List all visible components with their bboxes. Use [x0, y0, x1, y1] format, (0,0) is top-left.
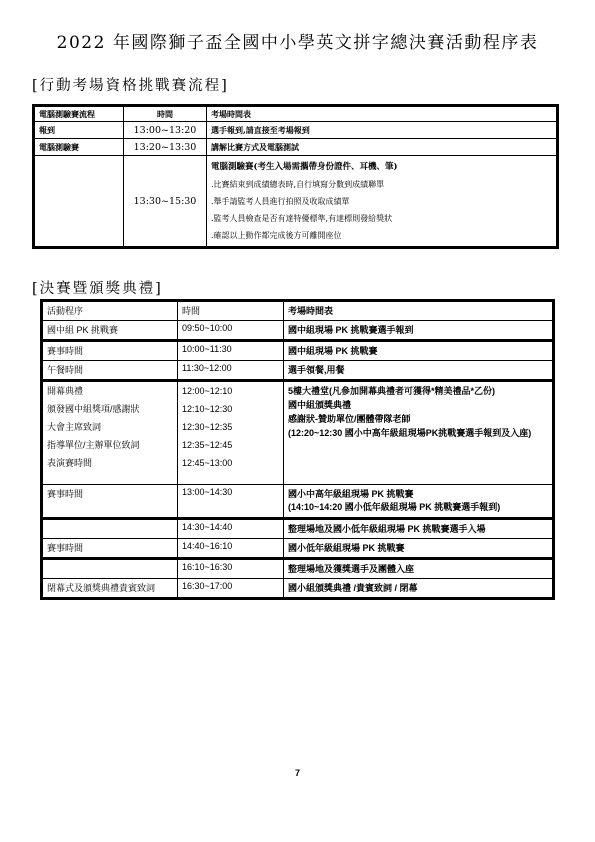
- schedule-line: (14:10~14:20 國小低年級組現場 PK 挑戰賽選手報到): [288, 500, 548, 513]
- time-cell: 11:30~12:00: [178, 361, 284, 381]
- table-header-row: 活動程序 時間 考場時間表: [42, 301, 554, 321]
- table-row: 電腦測驗賽 13:20~13:30 講解比賽方式及電腦測試: [34, 139, 558, 156]
- schedule-line: 5樓大禮堂(凡參加開幕典禮者可獲得*精美禮品*乙份): [288, 384, 548, 398]
- time-line: 12:10~12:30: [182, 402, 279, 420]
- table-row: 14:30~14:40 整理場地及國小低年級組現場 PK 挑戰賽選手入場: [42, 519, 554, 539]
- table-row: 報到 13:00~13:20 選手報到,請直接至考場報到: [34, 122, 558, 139]
- schedule-cell: 整理場地及獲獎選手及團體入座: [284, 559, 554, 579]
- time-cell: 14:40~16:10: [178, 539, 284, 559]
- schedule-cell: 國小低年級組現場 PK 挑戰賽: [284, 539, 554, 559]
- qualifier-schedule-table: 電腦測驗賽流程 時間 考場時間表 報到 13:00~13:20 選手報到,請直接…: [32, 104, 559, 249]
- table-row: 閉幕式及頒獎典禮貴賓致詞 16:30~17:00 國小組頒獎典禮 /貴賓致詞 /…: [42, 579, 554, 599]
- document-title: 2022 年國際獅子盃全國中小學英文拼字總決賽活動程序表: [0, 28, 595, 53]
- table-row: 13:30~15:30 電腦測驗賽(考生入場需攜帶身份證件、耳機、筆) .比賽結…: [34, 156, 558, 248]
- program-cell: 賽事時間: [42, 341, 178, 361]
- schedule-cell: 國中組現場 PK 挑戰賽選手報到: [284, 321, 554, 341]
- schedule-cell: 國小中高年級組現場 PK 挑戰賽 (14:10~14:20 國小低年級組現場 P…: [284, 485, 554, 519]
- schedule-line: .確認以上動作都完成後方可離開座位: [211, 227, 552, 244]
- program-line: 指導單位/主辦單位致詞: [47, 438, 173, 456]
- program-cell: 國中組 PK 挑戰賽: [42, 321, 178, 341]
- program-cell: 閉幕式及頒獎典禮貴賓致詞: [42, 579, 178, 599]
- column-header: 電腦測驗賽流程: [34, 106, 124, 122]
- program-line: 大會主席致詞: [47, 420, 173, 438]
- time-cell: 09:50~10:00: [178, 321, 284, 341]
- program-cell: 賽事時間: [42, 539, 178, 559]
- time-line: 12:30~12:35: [182, 420, 279, 438]
- column-header: 時間: [178, 301, 284, 321]
- table-row: 賽事時間 10:00~11:30 國中組現場 PK 挑戰賽: [42, 341, 554, 361]
- schedule-line: 國中組頒獎典禮: [288, 398, 548, 412]
- time-line: 12:00~12:10: [182, 384, 279, 402]
- time-line: 12:35~12:45: [182, 438, 279, 456]
- program-cell: [42, 559, 178, 579]
- table-row: 賽事時間 13:00~14:30 國小中高年級組現場 PK 挑戰賽 (14:10…: [42, 485, 554, 519]
- page-number: 7: [0, 768, 595, 778]
- schedule-line: (12:20~12:30 國小中高年級組現場PK挑戰賽選手報到及入座): [288, 426, 548, 440]
- schedule-cell: 整理場地及國小低年級組現場 PK 挑戰賽選手入場: [284, 519, 554, 539]
- schedule-line: .舉手請監考人員進行拍照及收取成績單: [211, 193, 552, 210]
- time-line: 12:45~13:00: [182, 456, 279, 474]
- program-cell: 賽事時間: [42, 485, 178, 519]
- finals-schedule-table: 活動程序 時間 考場時間表 國中組 PK 挑戰賽 09:50~10:00 國中組…: [40, 299, 555, 600]
- table-row: 午餐時間 11:30~12:00 選手領餐,用餐: [42, 361, 554, 381]
- schedule-cell: 選手領餐,用餐: [284, 361, 554, 381]
- column-header: 考場時間表: [207, 106, 558, 122]
- time-cell: 16:10~16:30: [178, 559, 284, 579]
- schedule-line: 電腦測驗賽(考生入場需攜帶身份證件、耳機、筆): [211, 159, 552, 176]
- table-row: 國中組 PK 挑戰賽 09:50~10:00 國中組現場 PK 挑戰賽選手報到: [42, 321, 554, 341]
- program-cell: 開幕典禮 頒發國中組獎項/感謝狀 大會主席致詞 指導單位/主辦單位致詞 表演賽時…: [42, 381, 178, 485]
- program-cell: [42, 519, 178, 539]
- time-cell: 13:30~15:30: [124, 156, 207, 248]
- stage-cell: 報到: [34, 122, 124, 139]
- table-header-row: 電腦測驗賽流程 時間 考場時間表: [34, 106, 558, 122]
- table-row: 16:10~16:30 整理場地及獲獎選手及團體入座: [42, 559, 554, 579]
- schedule-cell: 講解比賽方式及電腦測試: [207, 139, 558, 156]
- schedule-cell: 電腦測驗賽(考生入場需攜帶身份證件、耳機、筆) .比賽結束到成績總表時,自行填寫…: [207, 156, 558, 248]
- section-heading-finals: [決賽暨頒獎典禮]: [32, 277, 163, 298]
- time-cell: 13:20~13:30: [124, 139, 207, 156]
- schedule-cell: 5樓大禮堂(凡參加開幕典禮者可獲得*精美禮品*乙份) 國中組頒獎典禮 感謝狀-贊…: [284, 381, 554, 485]
- time-cell: 13:00~14:30: [178, 485, 284, 519]
- table-row: 賽事時間 14:40~16:10 國小低年級組現場 PK 挑戰賽: [42, 539, 554, 559]
- program-line: 開幕典禮: [47, 384, 173, 402]
- time-cell: 16:30~17:00: [178, 579, 284, 599]
- section-heading-qualifier: [行動考場資格挑戰賽流程]: [32, 74, 229, 95]
- column-header: 時間: [124, 106, 207, 122]
- schedule-cell: 國中組現場 PK 挑戰賽: [284, 341, 554, 361]
- schedule-line: .比賽結束到成績總表時,自行填寫分數到成績聯單: [211, 176, 552, 193]
- time-cell: 14:30~14:40: [178, 519, 284, 539]
- program-cell: 午餐時間: [42, 361, 178, 381]
- stage-cell: [34, 156, 124, 248]
- time-cell: 10:00~11:30: [178, 341, 284, 361]
- stage-cell: 電腦測驗賽: [34, 139, 124, 156]
- program-line: 表演賽時間: [47, 456, 173, 474]
- schedule-cell: 國小組頒獎典禮 /貴賓致詞 / 閉幕: [284, 579, 554, 599]
- schedule-line: .監考人員檢查是否有達特優標準,有達標則發給獎狀: [211, 210, 552, 227]
- table-row: 開幕典禮 頒發國中組獎項/感謝狀 大會主席致詞 指導單位/主辦單位致詞 表演賽時…: [42, 381, 554, 485]
- column-header: 考場時間表: [284, 301, 554, 321]
- program-line: 頒發國中組獎項/感謝狀: [47, 402, 173, 420]
- schedule-line: 國小中高年級組現場 PK 挑戰賽: [288, 487, 548, 500]
- schedule-line: 感謝狀-贊助單位/團體帶隊老師: [288, 412, 548, 426]
- time-cell: 12:00~12:10 12:10~12:30 12:30~12:35 12:3…: [178, 381, 284, 485]
- time-cell: 13:00~13:20: [124, 122, 207, 139]
- column-header: 活動程序: [42, 301, 178, 321]
- schedule-cell: 選手報到,請直接至考場報到: [207, 122, 558, 139]
